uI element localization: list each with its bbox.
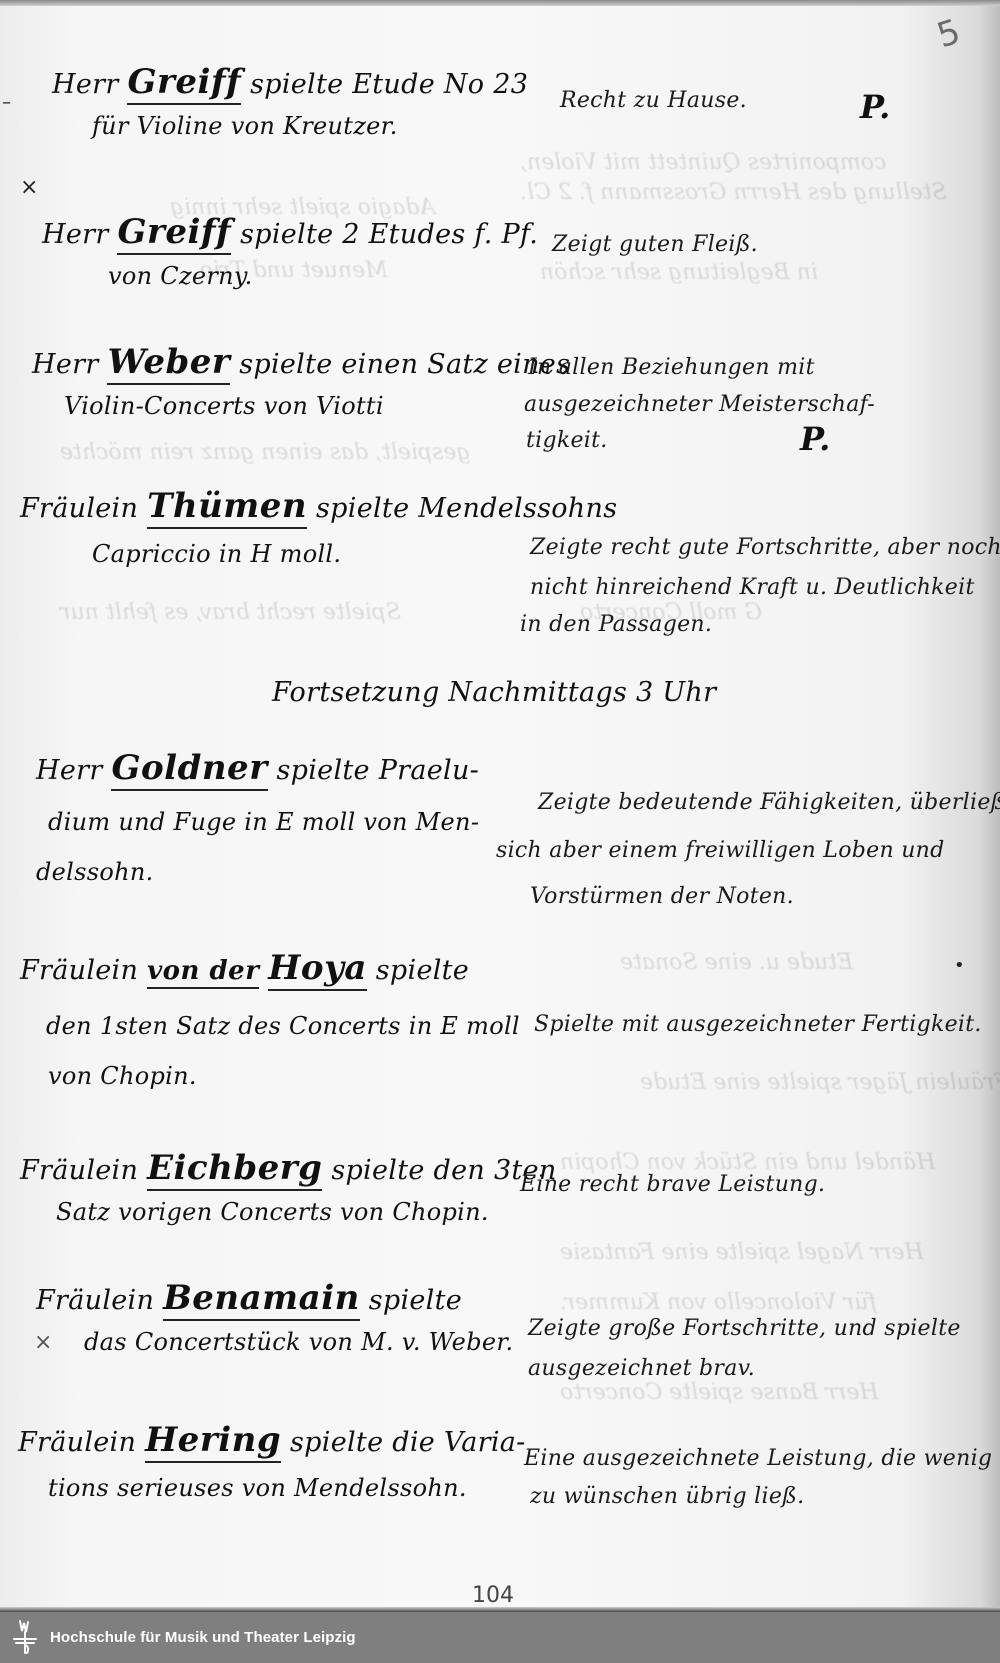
comment-line: zu wünschen übrig ließ. — [530, 1484, 804, 1509]
entry-line-1: Fräulein von der Hoya spielte — [20, 948, 469, 988]
entry-line-2: für Violine von Kreutzer. — [92, 112, 398, 140]
performer-name: Greiff — [127, 62, 241, 105]
bleed-through-text: Stellung des Herrn Grossmann f. 2 Cl. — [520, 180, 947, 205]
entry-line-2: tions serieuses von Mendelssohn. — [48, 1474, 467, 1502]
entry-line-1: Fräulein Eichberg spielte den 3ten — [20, 1148, 557, 1188]
entry-line-2: Violin-Concerts von Viotti — [64, 392, 384, 420]
entry-line-2: das Concertstück von M. v. Weber. — [84, 1328, 513, 1356]
entry-line-1: Herr Greiff spielte Etude No 23 — [52, 62, 528, 102]
comment-line: Zeigte recht gute Fortschritte, aber noc… — [530, 535, 1000, 560]
performer-name: Greiff — [117, 212, 231, 255]
manuscript-page: componirtes Quintett mit Violen, Stellun… — [0, 0, 1000, 1612]
entry-line-1: Fräulein Benamain spielte — [36, 1278, 462, 1318]
comment-line: Spielte mit ausgezeichneter Fertigkeit. — [534, 1012, 982, 1037]
margin-cross-mark: × — [20, 175, 38, 200]
comment-line: ausgezeichnet brav. — [528, 1356, 755, 1381]
bleed-through-text: Herr Nagel spielte eine Fantasie — [560, 1240, 924, 1265]
comment-line: Zeigte bedeutende Fähigkeiten, überließ — [538, 790, 1000, 815]
bleed-through-text: für Violoncello von Kummer. — [560, 1290, 877, 1315]
performer-name-prefix: von der — [147, 956, 259, 989]
comment-line: Vorstürmen der Noten. — [530, 884, 794, 909]
comment-line: in den Passagen. — [520, 612, 712, 637]
teacher-paraph: P. — [860, 88, 891, 126]
page-number: 5 — [933, 12, 966, 57]
entry-line-3: von Chopin. — [48, 1062, 197, 1090]
comment-line: Zeigte große Fortschritte, und spielte — [528, 1316, 961, 1341]
comment-line: sich aber einem freiwilligen Loben und — [496, 838, 945, 863]
comment-line: Zeigt guten Fleiß. — [552, 232, 758, 257]
entry-line-3: delssohn. — [36, 858, 154, 886]
bleed-through-text: in Begleitung sehr schön — [540, 260, 818, 285]
entry-line-1: Herr Weber spielte einen Satz eines — [32, 342, 570, 382]
performer-name: Hoya — [268, 948, 367, 991]
entry-line-1: Fräulein Thümen spielte Mendelssohns — [20, 486, 617, 526]
entry-line-1: Herr Goldner spielte Praelu- — [36, 748, 479, 788]
entry-line-1: Herr Greiff spielte 2 Etudes f. Pf. — [42, 212, 538, 252]
comment-line: nicht hinreichend Kraft u. Deutlichkeit — [530, 575, 975, 600]
comment-line: Eine recht brave Leistung. — [520, 1172, 825, 1197]
performer-name: Thümen — [147, 486, 307, 529]
bleed-through-text: componirtes Quintett mit Violen, — [520, 150, 886, 175]
comment-line: ausgezeichneter Meisterschaf- — [524, 392, 875, 417]
entry-line-1: Fräulein Hering spielte die Varia- — [18, 1420, 526, 1460]
entry-line-2: von Czerny. — [108, 262, 253, 290]
bleed-through-text: gespielt, das einen ganz rein möchte — [60, 440, 470, 465]
margin-dot: • — [954, 955, 965, 976]
section-heading: Fortsetzung Nachmittags 3 Uhr — [272, 677, 716, 708]
performer-name: Hering — [145, 1420, 281, 1463]
folio-number: 104 — [472, 1583, 514, 1608]
bleed-through-text: Etude u. eine Sonate — [620, 950, 853, 975]
institution-banner: Hochschule für Musik und Theater Leipzig — [0, 1612, 1000, 1663]
bleed-through-text: Herr Banse spielte Concerto — [560, 1380, 879, 1405]
entry-line-2: den 1sten Satz des Concerts in E moll — [46, 1012, 520, 1040]
entry-line-2: Satz vorigen Concerts von Chopin. — [56, 1198, 489, 1226]
comment-line: Recht zu Hause. — [560, 88, 747, 113]
bleed-through-text: Fräulein Jäger spielte eine Etude — [640, 1070, 1000, 1095]
comment-line: Eine ausgezeichnete Leistung, die wenig — [524, 1446, 992, 1471]
performer-name: Benamain — [163, 1278, 360, 1321]
margin-dash: – — [2, 92, 11, 113]
comment-line: tigkeit. — [526, 428, 608, 453]
comment-line: In allen Beziehungen mit — [528, 355, 815, 380]
performer-name: Goldner — [111, 748, 267, 791]
performer-name: Eichberg — [147, 1148, 322, 1191]
institution-name: Hochschule für Musik und Theater Leipzig — [50, 1629, 356, 1646]
entry-line-2: Capriccio in H moll. — [92, 540, 341, 568]
margin-cross-mark: × — [34, 1330, 52, 1355]
teacher-paraph: P. — [800, 420, 831, 458]
bleed-through-text: Spielte recht brav, es fehlt nur — [60, 600, 401, 625]
performer-name: Weber — [107, 342, 230, 385]
entry-line-2: dium und Fuge in E moll von Men- — [48, 808, 479, 836]
hmt-leipzig-logo-icon — [10, 1617, 40, 1659]
